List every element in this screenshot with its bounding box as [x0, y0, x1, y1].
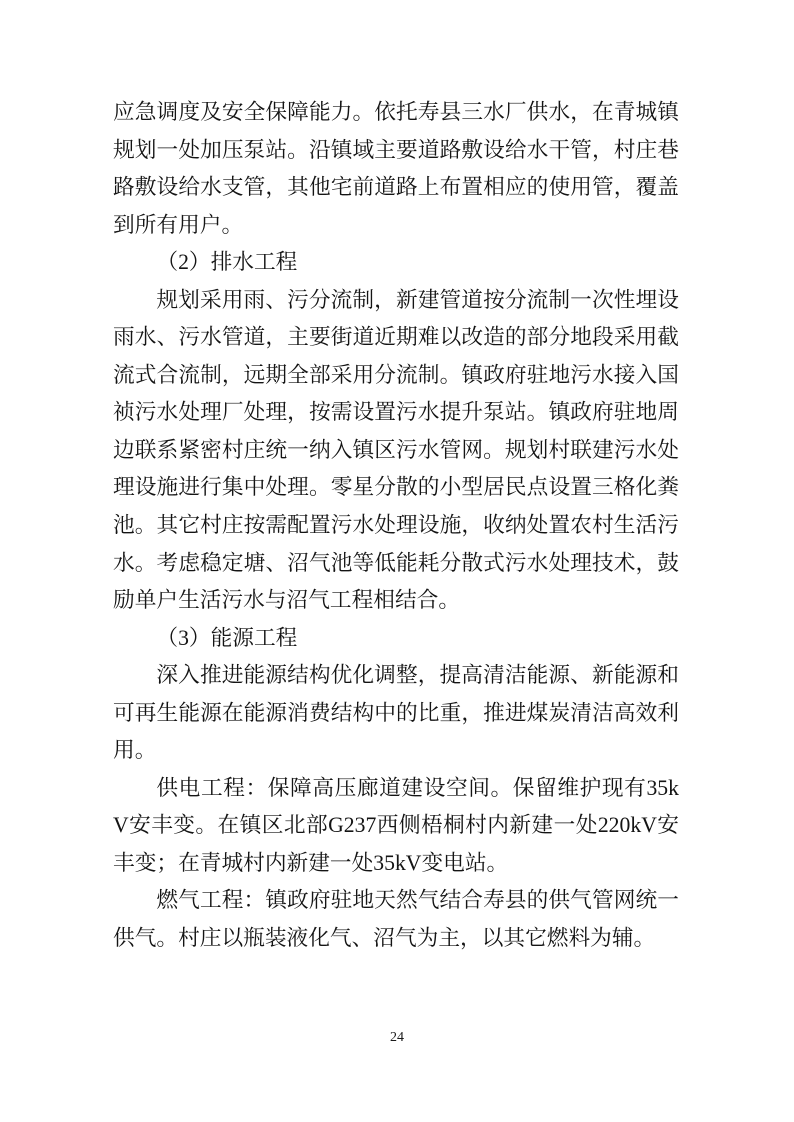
paragraph-water-supply-continuation: 应急调度及安全保障能力。依托寿县三水厂供水，在青城镇规划一处加压泵站。沿镇域主要…	[113, 94, 679, 244]
paragraph-energy-structure: 深入推进能源结构优化调整，提高清洁能源、新能源和可再生能源在能源消费结构中的比重…	[113, 657, 679, 770]
document-body: 应急调度及安全保障能力。依托寿县三水厂供水，在青城镇规划一处加压泵站。沿镇域主要…	[113, 94, 679, 958]
paragraph-gas-supply: 燃气工程：镇政府驻地天然气结合寿县的供气管网统一供气。村庄以瓶装液化气、沼气为主…	[113, 882, 679, 957]
paragraph-power-supply: 供电工程：保障高压廊道建设空间。保留维护现有35kV安丰变。在镇区北部G237西…	[113, 770, 679, 883]
page-number: 24	[0, 1030, 794, 1046]
document-page: 应急调度及安全保障能力。依托寿县三水厂供水，在青城镇规划一处加压泵站。沿镇域主要…	[0, 0, 794, 1122]
heading-drainage-engineering: （2）排水工程	[113, 244, 679, 282]
paragraph-drainage-engineering: 规划采用雨、污分流制，新建管道按分流制一次性埋设雨水、污水管道，主要街道近期难以…	[113, 282, 679, 620]
heading-energy-engineering: （3）能源工程	[113, 620, 679, 658]
